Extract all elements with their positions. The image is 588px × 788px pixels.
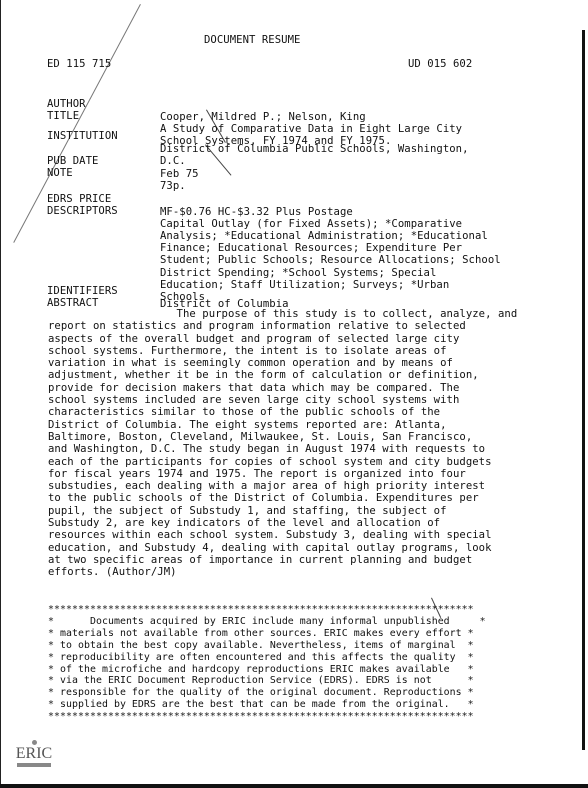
scan-edge-bottom: [0, 784, 588, 788]
field-value: Capital Outlay (for Fixed Assets); *Comp…: [160, 218, 501, 304]
field-value: 73p.: [160, 180, 186, 192]
field-label: INSTITUTION: [47, 130, 157, 142]
document-title: DOCUMENT RESUME: [204, 34, 300, 46]
eric-logo-text: ERIC: [14, 746, 54, 762]
field-value: District of Columbia Public Schools, Was…: [160, 143, 469, 168]
field-label: PUB DATE: [47, 155, 157, 167]
ed-number: ED 115 715: [47, 58, 111, 70]
field-label: AUTHOR: [47, 98, 157, 110]
field-value: Feb 75: [160, 168, 199, 180]
field-value: MF-$0.76 HC-$3.32 Plus Postage: [160, 206, 353, 218]
scan-edge-right: [582, 30, 585, 750]
eric-disclaimer-box: ****************************************…: [48, 604, 486, 723]
field-label: IDENTIFIERS: [47, 285, 157, 297]
scan-edge-left: [0, 0, 1, 788]
field-value: Cooper, Mildred P.; Nelson, King: [160, 111, 366, 123]
eric-logo: ERIC: [14, 740, 54, 767]
field-label: NOTE: [47, 167, 157, 179]
field-label: TITLE: [47, 110, 157, 122]
field-descriptors: DESCRIPTORS Capital Outlay (for Fixed As…: [47, 193, 60, 230]
field-label: EDRS PRICE: [47, 193, 157, 205]
ud-number: UD 015 602: [408, 58, 472, 70]
abstract-text: The purpose of this study is to collect,…: [48, 308, 517, 579]
eric-logo-bar: [17, 763, 51, 767]
field-label: DESCRIPTORS: [47, 205, 157, 217]
